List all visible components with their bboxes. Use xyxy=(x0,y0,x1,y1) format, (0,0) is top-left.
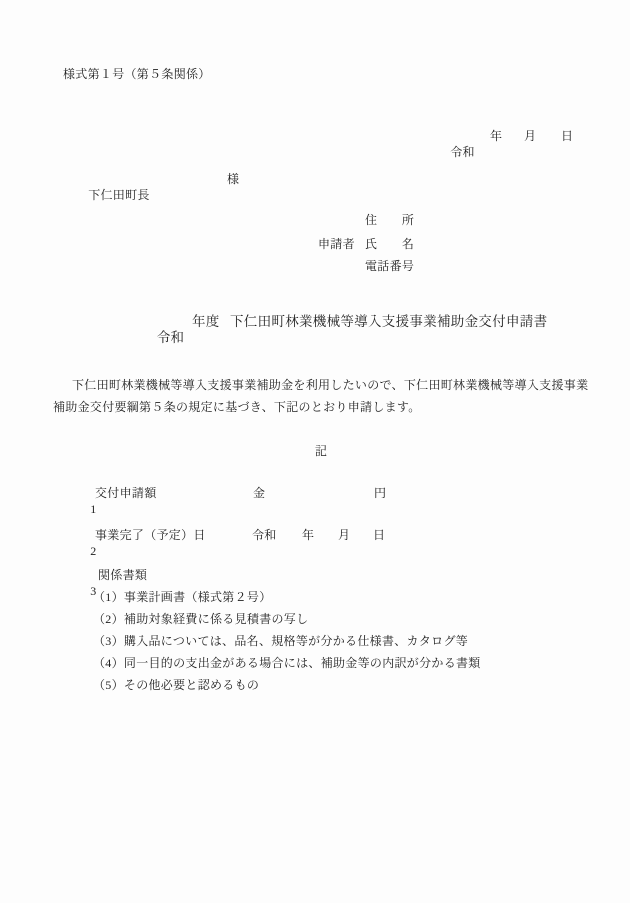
title-name: 下仁田町林業機械等導入支援事業補助金交付申請書 xyxy=(230,314,547,330)
title-fiscal-year-label: 年度 xyxy=(192,314,220,330)
attachment-item: （3）購入品については、品名、規格等が分かる仕様書、カタログ等 xyxy=(93,633,468,649)
day-label: 日 xyxy=(561,128,573,144)
year-label: 年 xyxy=(302,527,314,543)
amount-prefix-label: 金 xyxy=(253,485,265,501)
era-label: 令和 xyxy=(252,527,277,543)
attachment-item: （1）事業計画書（様式第２号） xyxy=(93,589,272,605)
addressee-name: 下仁田町長 xyxy=(88,188,150,202)
item-label: 事業完了（予定）日 xyxy=(95,527,206,543)
record-marker: 記 xyxy=(315,443,327,459)
month-label: 月 xyxy=(338,527,350,543)
item-label: 交付申請額 xyxy=(95,485,157,501)
day-label: 日 xyxy=(373,527,385,543)
document-page: 様式第１号（第５条関係） 令和 年 月 日 下仁田町長 様 申請者 住 所 氏 … xyxy=(0,0,630,903)
attachment-item: （5）その他必要と認めるもの xyxy=(93,677,259,693)
body-paragraph-line-1: 下仁田町林業機械等導入支援事業補助金を利用したいので、下仁田町林業機械等導入支援… xyxy=(53,377,588,393)
applicant-phone-label: 電話番号 xyxy=(365,258,414,274)
applicant-role-label: 申請者 xyxy=(318,236,355,252)
issue-date-line: 令和 年 月 日 xyxy=(437,128,475,224)
era-label: 令和 xyxy=(450,145,475,159)
form-number-label: 様式第１号（第５条関係） xyxy=(63,66,211,82)
item-number: 2 xyxy=(90,544,96,558)
body-paragraph-line-2: 補助金交付要綱第５条の規定に基づき、下記のとおり申請します。 xyxy=(53,399,421,415)
honorific-label: 様 xyxy=(227,171,239,187)
month-label: 月 xyxy=(524,128,536,144)
title-era-label: 令和 xyxy=(157,330,185,345)
year-label: 年 xyxy=(490,128,502,144)
attachment-item: （4）同一目的の支出金がある場合には、補助金等の内訳が分かる書類 xyxy=(93,655,481,671)
applicant-name-label: 氏 名 xyxy=(365,236,414,252)
applicant-address-label: 住 所 xyxy=(365,212,414,228)
addressee-line: 下仁田町長 様 xyxy=(75,171,150,235)
item-label: 関係書類 xyxy=(98,567,147,583)
attachment-item: （2）補助対象経費に係る見積書の写し xyxy=(93,611,308,627)
item-number: 1 xyxy=(90,502,96,516)
amount-unit-label: 円 xyxy=(374,485,386,501)
